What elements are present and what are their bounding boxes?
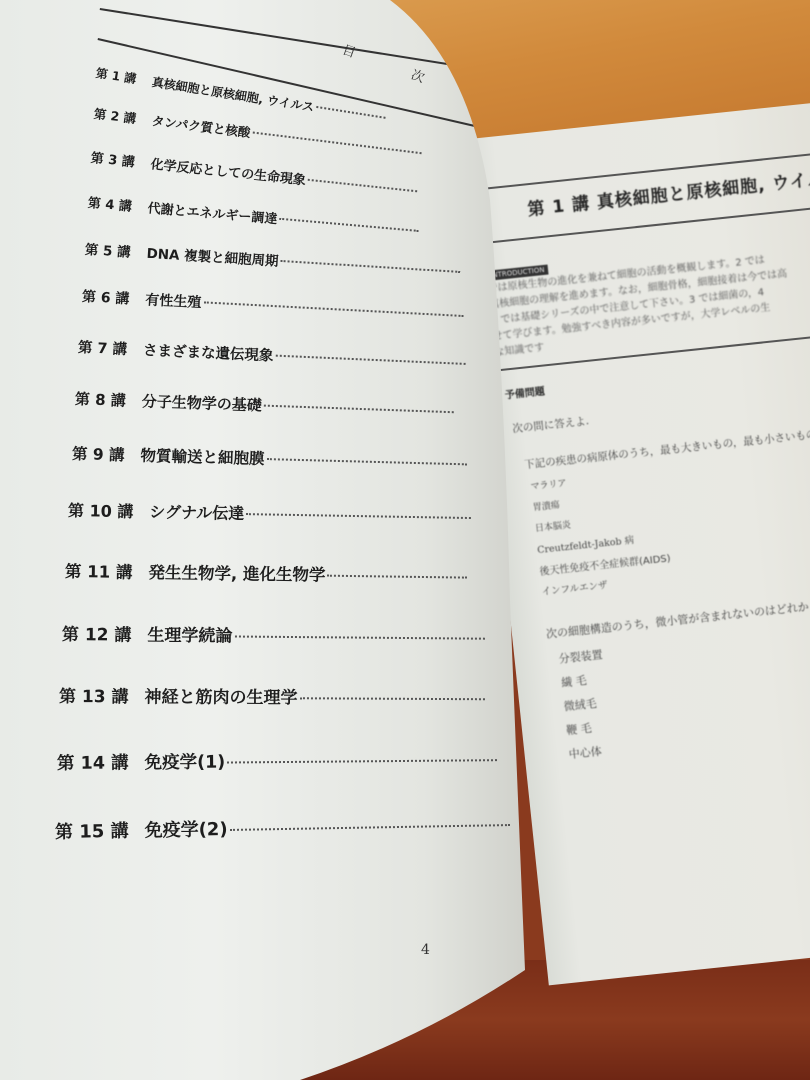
q1-option: インフルエンザ [541, 577, 608, 598]
dot-leader [252, 131, 421, 154]
page-number-left: 4 [421, 942, 430, 958]
toc-entry-7[interactable]: 第 7 講 さまざまな遺伝現象 [78, 336, 466, 374]
lecture-title: 物質輸送と細胞膜 [140, 444, 265, 469]
q1-option: 胃潰瘍 [532, 498, 560, 514]
lecture-title: 生理学続論 [147, 621, 232, 647]
toc-entry-8[interactable]: 第 8 講 分子生物学の基礎 [75, 388, 454, 422]
toc-entry-11[interactable]: 第 11 講 発生生物学, 進化生物学 [65, 558, 468, 588]
toc-entry-13[interactable]: 第 13 講 神経と筋肉の生理学 [59, 682, 485, 709]
lecture-number: 第 8 講 [75, 388, 127, 411]
dot-leader [308, 179, 418, 192]
dot-leader [316, 106, 385, 119]
dot-leader [227, 759, 497, 763]
q2-option: 分裂装置 [558, 646, 603, 667]
left-page: 目 次 第 1 講 真核細胞と原核細胞, ウイルス 第 2 講 タンパク質と核酸… [0, 0, 530, 1080]
lecture-title: 分子生物学の基礎 [141, 390, 262, 415]
question-1: 下記の疾患の病原体のうち，最も大きいもの，最も小さいもの [523, 426, 810, 472]
introduction-box: INTRODUCTION では原核生物の進化を兼ねて細胞の活動を概観します。2 … [485, 221, 810, 371]
section-label: 予備問題 [504, 383, 545, 402]
dot-leader [230, 824, 510, 831]
q2-option: 中心体 [568, 743, 602, 762]
dot-leader [266, 458, 466, 465]
lecture-number: 第 11 講 [65, 558, 133, 583]
lecture-title: 発生生物学, 進化生物学 [148, 559, 325, 585]
toc-entry-6[interactable]: 第 6 講 有性生殖 [81, 286, 463, 326]
lecture-title: 免疫学(1) [144, 749, 225, 775]
toc-entry-5[interactable]: 第 5 講 DNA 複製と細胞周期 [84, 238, 460, 281]
toc-entry-9[interactable]: 第 9 講 物質輸送と細胞膜 [72, 442, 467, 474]
q1-option: マラリア [530, 476, 567, 493]
lecture-number: 第 13 講 [59, 682, 129, 707]
dot-leader [327, 575, 467, 579]
dot-leader [299, 697, 484, 700]
q2-option: 鞭 毛 [565, 720, 592, 739]
lecture-number: 第 6 講 [81, 286, 129, 308]
lecture-number: 第 3 講 [90, 147, 136, 171]
lecture-number: 第 5 講 [84, 238, 131, 261]
lecture-title: 化学反応としての生命現象 [150, 153, 307, 188]
lecture-title: 免疫学(2) [144, 815, 227, 842]
toc-entry-14[interactable]: 第 14 講 免疫学(1) [57, 746, 497, 775]
lecture-title: 真核細胞と原核細胞, ウイルス [151, 73, 316, 115]
lecture-title: DNA 複製と細胞周期 [146, 242, 279, 270]
toc-entry-10[interactable]: 第 10 講 シグナル伝達 [68, 498, 472, 528]
dot-leader [234, 636, 484, 640]
lecture-number: 第 9 講 [72, 442, 125, 465]
lecture-title: 神経と筋肉の生理学 [144, 682, 297, 708]
question-2: 次の細胞構造のうち，微小管が含まれないのはどれか [545, 598, 809, 642]
dot-leader [246, 513, 471, 519]
dot-leader [264, 405, 454, 414]
instruction: 次の問に答えよ. [512, 413, 590, 436]
q1-option: 日本脳炎 [534, 518, 571, 535]
q2-option: 微絨毛 [563, 695, 597, 714]
lecture-number: 第 4 講 [87, 192, 133, 215]
lecture-number: 第 7 講 [78, 336, 128, 359]
q2-option: 繊 毛 [560, 672, 587, 691]
lecture-title: 代謝とエネルギー調達 [147, 197, 278, 227]
toc-entry-4[interactable]: 第 4 講 代謝とエネルギー調達 [87, 192, 420, 240]
lecture-number: 第 12 講 [62, 620, 132, 646]
lecture-title: さまざまな遺伝現象 [143, 339, 274, 366]
q1-option: Creutzfeldt-Jakob 病 [536, 532, 634, 556]
dot-leader [280, 260, 460, 273]
dot-leader [279, 218, 419, 232]
lecture-title: 有性生殖 [145, 289, 202, 312]
lecture-number: 第 1 講 [95, 64, 138, 87]
dot-leader [275, 355, 465, 365]
lecture-number: 第 10 講 [68, 498, 134, 522]
toc-entry-12[interactable]: 第 12 講 生理学続論 [62, 620, 485, 649]
lecture-number: 第 15 講 [55, 817, 129, 844]
lecture-number: 第 14 講 [57, 749, 129, 775]
lecture-title: シグナル伝達 [149, 499, 244, 524]
toc-entry-15[interactable]: 第 15 講 免疫学(2) [55, 810, 510, 844]
dot-leader [203, 301, 463, 317]
lecture-title: タンパク質と核酸 [151, 111, 252, 141]
lecture-number: 第 2 講 [93, 104, 137, 127]
